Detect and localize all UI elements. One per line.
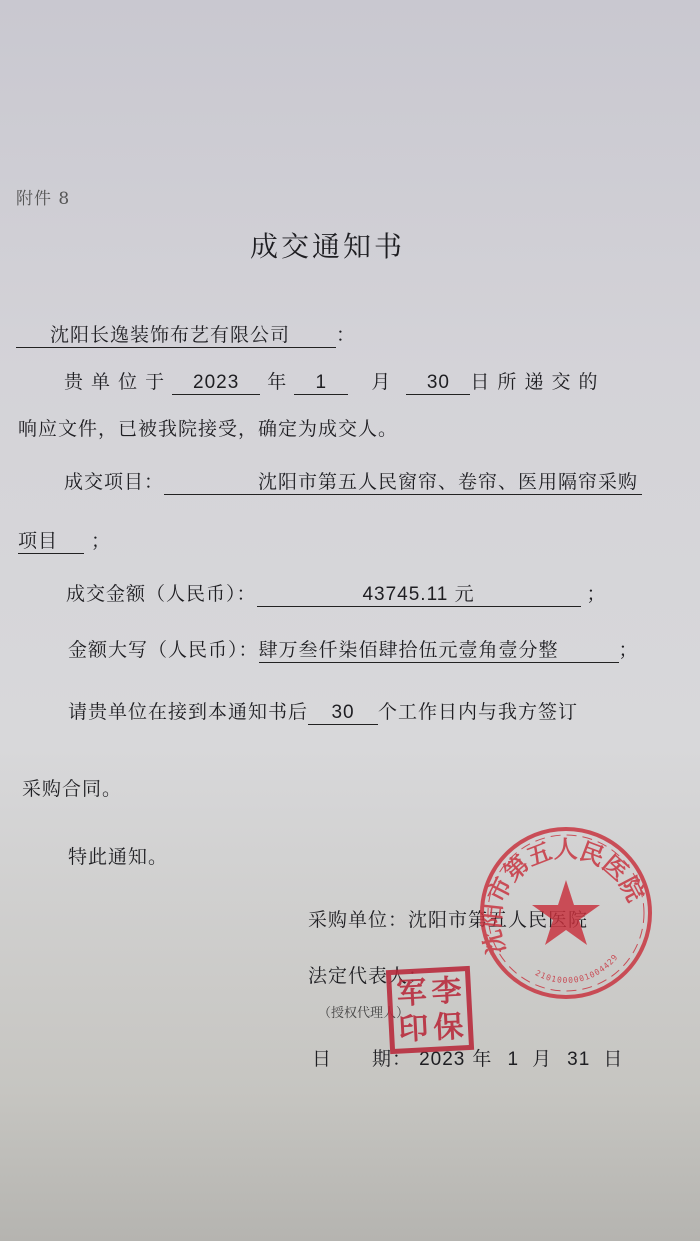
official-round-seal: 沈阳市第五人民医院 2101000001004429 [478,825,654,1001]
round-seal-number: 2101000001004429 [534,952,620,985]
month-unit: 月 [371,371,391,393]
date-day: 31 [567,1049,590,1070]
amount-words-value: 肆万叁仟柒佰肆拾伍元壹角壹分整 [259,635,619,663]
project-line: 成交项目：沈阳市第五人民窗帘、卷帘、医用隔帘采购 [64,467,642,495]
submission-date-line: 贵 单 位 于 2023 年 1 月 30日 所 递 交 的 [64,367,599,395]
date-month: 1 [507,1049,519,1070]
amount-suffix: ； [587,583,607,605]
round-seal-icon: 沈阳市第五人民医院 2101000001004429 [478,825,654,1001]
notice-text: 特此通知。 [68,842,168,869]
project-label: 成交项目： [64,471,164,493]
amount-line: 成交金额（人民币）：43745.11 元； [66,579,607,607]
sign-request-suffix: 个工作日内与我方签订 [378,701,578,723]
submission-month: 1 [294,372,348,395]
acceptance-line: 响应文件，已被我院接受，确定为成交人。 [18,414,398,441]
seal-char-2: 军 [393,975,430,1013]
date-month-unit: 月 [532,1048,552,1070]
project-suffix: ； [91,530,111,552]
submission-year: 2023 [172,372,260,395]
para1-suffix: 日 所 递 交 的 [470,371,598,393]
recipient-name: 沈阳长逸装饰布艺有限公司 [16,320,336,348]
year-unit: 年 [267,371,287,393]
page-title: 成交通知书 [250,225,405,265]
amount-words-label: 金额大写（人民币）： [68,639,259,661]
sign-request-line: 请贵单位在接到本通知书后30个工作日内与我方签订 [68,697,578,725]
date-day-unit: 日 [603,1048,623,1070]
sign-request-prefix: 请贵单位在接到本通知书后 [68,701,308,723]
project-line-2: 项目 ； [18,526,111,554]
date-year-unit: 年 [472,1048,492,1070]
svg-text:2101000001004429: 2101000001004429 [534,952,620,985]
contract-line: 采购合同。 [22,774,122,801]
amount-value: 43745.11 元 [257,579,581,607]
recipient-suffix: ： [336,324,356,346]
para1-prefix: 贵 单 位 于 [64,371,165,393]
submission-day: 30 [406,372,470,395]
sign-days: 30 [308,702,378,725]
seal-char-3: 保 [430,1009,467,1047]
seal-char-4: 印 [395,1011,432,1049]
amount-words-suffix: ； [619,639,639,661]
amount-words-line: 金额大写（人民币）：肆万叁仟柒佰肆拾伍元壹角壹分整； [68,635,639,663]
legal-rep-square-seal: 李 军 保 印 [386,966,474,1054]
recipient-line: 沈阳长逸装饰布艺有限公司： [16,320,356,348]
purchaser-label: 采购单位： [308,909,408,931]
attachment-label: 附件 8 [16,184,70,209]
project-value-2: 项目 [18,526,84,554]
amount-label: 成交金额（人民币）： [66,583,257,605]
project-value: 沈阳市第五人民窗帘、卷帘、医用隔帘采购 [164,467,642,495]
seal-char-1: 李 [428,973,465,1011]
